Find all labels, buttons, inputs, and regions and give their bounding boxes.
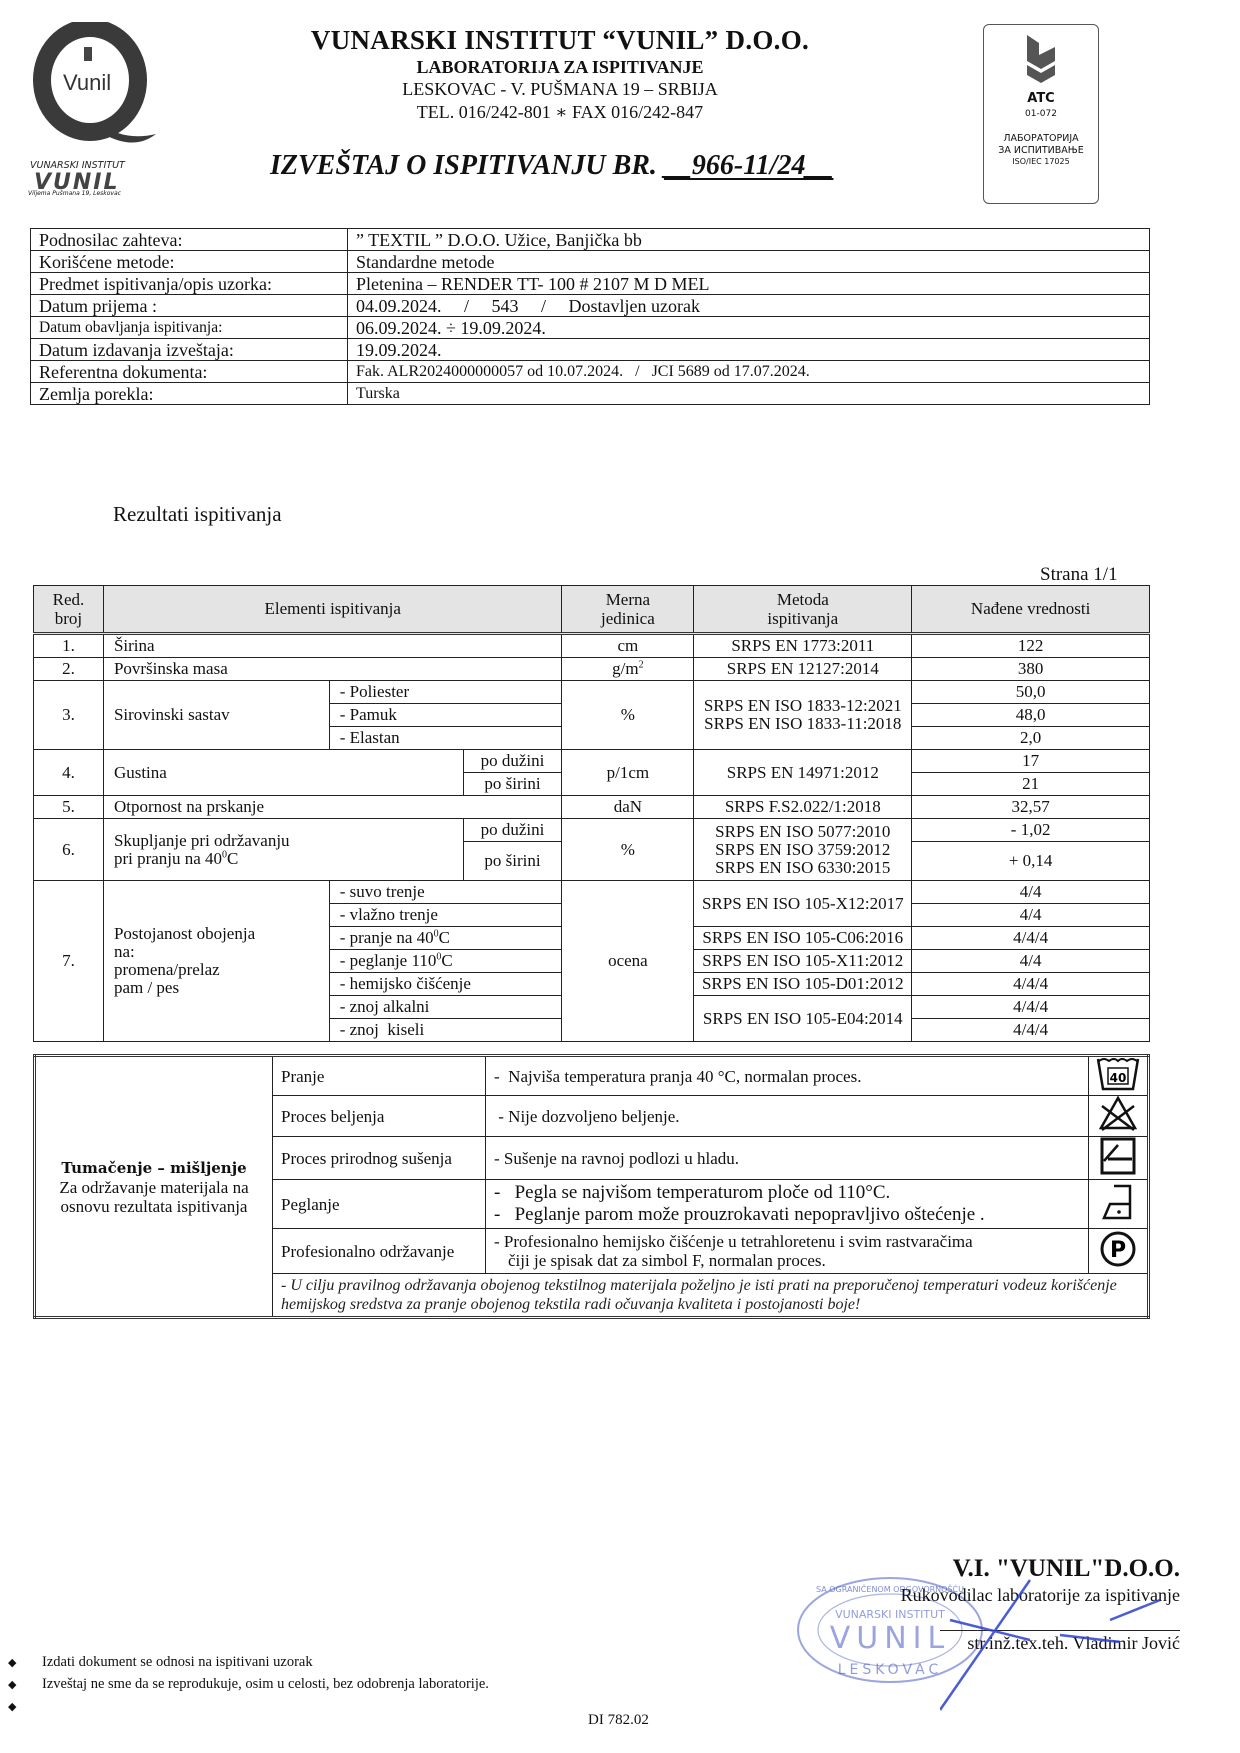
info-row: Podnosilac zahteva:” TEXTIL ” D.O.O. Uži… <box>31 229 1150 251</box>
handwritten-signature-icon <box>940 1560 1170 1720</box>
info-row: Korišćene metode:Standardne metode <box>31 251 1150 273</box>
atc-number: 01-072 <box>984 109 1098 119</box>
institute-name: VUNARSKI INSTITUT “VUNIL” D.O.O. <box>230 24 890 56</box>
accreditation-badge: ATC 01-072 ЛАБОРАТОРИЈА ЗА ИСПИТИВАЊЕ IS… <box>983 24 1099 204</box>
results-section-title: Rezultati ispitivanja <box>113 502 282 527</box>
info-row: Datum obavljanja ispitivanja:06.09.2024.… <box>31 317 1150 339</box>
col-header-no: Red. broj <box>34 586 104 634</box>
care-note: - U cilju pravilnog održavanja obojenog … <box>273 1274 1149 1318</box>
letterhead: VUNARSKI INSTITUT “VUNIL” D.O.O. LABORAT… <box>230 24 890 124</box>
info-row: Datum prijema :04.09.2024. / 543 / Dosta… <box>31 295 1150 317</box>
footer-note: ◆ <box>8 1696 489 1718</box>
atc-standard: ISO/IEC 17025 <box>984 157 1098 166</box>
report-title: IZVEŠTAJ O ISPITIVANJU BR. __966-11/24__ <box>270 150 833 182</box>
results-table: Red. broj Elementi ispitivanja Merna jed… <box>33 585 1150 1042</box>
iron-low-icon <box>1100 1182 1136 1222</box>
report-number: __966-11/24__ <box>664 150 834 181</box>
info-row: Zemlja porekla:Turska <box>31 383 1150 405</box>
info-row: Datum izdavanja izveštaja:19.09.2024. <box>31 339 1150 361</box>
address: LESKOVAC - V. PUŠMANA 19 – SRBIJA <box>230 78 890 100</box>
col-header-element: Elementi ispitivanja <box>103 586 562 634</box>
wash-40-icon: 40 <box>1096 1057 1140 1091</box>
svg-text:P: P <box>1110 1238 1126 1263</box>
info-row: Referentna dokumenta:Fak. ALR20240000000… <box>31 361 1150 383</box>
logo-address: Viljema Pušmana 19, Leskovac <box>28 190 121 197</box>
footer-note: ◆Izveštaj ne sme da se reprodukuje, osim… <box>8 1674 489 1696</box>
no-bleach-icon <box>1098 1096 1138 1132</box>
info-row: Predmet ispitivanja/opis uzorka:Pletenin… <box>31 273 1150 295</box>
vunil-q-logo-icon: Vunil VUNARSKI INSTITUT VUNIL <box>28 22 160 197</box>
interpretation-subtitle: Za održavanje materijala na osnovu rezul… <box>44 1178 264 1216</box>
atc-chevron-icon <box>1021 35 1061 83</box>
footer-notes: ◆Izdati dokument se odnosi na ispitivani… <box>8 1652 489 1718</box>
result-row: 3. Sirovinski sastav - Poliester % SRPS … <box>34 681 1150 704</box>
result-row: 7. Postojanost obojenja na: promena/prel… <box>34 881 1150 904</box>
atc-code: ATC <box>984 91 1098 106</box>
page-indicator: Strana 1/1 <box>1040 564 1118 586</box>
result-row: 5. Otpornost na prskanje daN SRPS F.S2.0… <box>34 796 1150 819</box>
col-header-unit: Merna jedinica <box>562 586 694 634</box>
svg-text:LESKOVAC: LESKOVAC <box>838 1662 943 1678</box>
bullet-diamond-icon: ◆ <box>8 1653 42 1674</box>
bullet-diamond-icon: ◆ <box>8 1675 42 1696</box>
result-row: 6. Skupljanje pri održavanju pri pranju … <box>34 819 1150 842</box>
results-header-row: Red. broj Elementi ispitivanja Merna jed… <box>34 586 1150 634</box>
result-row: 1. Širina cm SRPS EN 1773:2011 122 <box>34 634 1150 658</box>
bullet-diamond-icon: ◆ <box>8 1697 42 1718</box>
svg-text:40: 40 <box>1110 1071 1127 1085</box>
result-row: 4. Gustina po dužini p/1cm SRPS EN 14971… <box>34 750 1150 773</box>
care-row-washing: Tumačenje – mišljenje Za održavanje mate… <box>35 1056 1149 1096</box>
document-id: DI 782.02 <box>588 1712 649 1729</box>
col-header-value: Nađene vrednosti <box>912 586 1150 634</box>
vunil-logo: Vunil VUNARSKI INSTITUT VUNIL Viljema Pu… <box>28 22 160 197</box>
interpretation-title: Tumačenje – mišljenje <box>61 1159 246 1177</box>
phone-fax: TEL. 016/242-801 ∗ FAX 016/242-847 <box>230 100 890 124</box>
svg-text:Vunil: Vunil <box>63 70 111 95</box>
report-info-table: Podnosilac zahteva:” TEXTIL ” D.O.O. Uži… <box>30 228 1150 405</box>
atc-lab-line2: ЗА ИСПИТИВАЊЕ <box>984 145 1098 157</box>
col-header-method: Metoda ispitivanja <box>694 586 912 634</box>
lab-name: LABORATORIJA ZA ISPITIVANJE <box>230 56 890 78</box>
care-interpretation-table: Tumačenje – mišljenje Za održavanje mate… <box>33 1054 1150 1319</box>
result-row: 2. Površinska masa g/m2 SRPS EN 12127:20… <box>34 658 1150 681</box>
atc-lab-line1: ЛАБОРАТОРИЈА <box>984 133 1098 145</box>
dry-flat-shade-icon <box>1100 1137 1136 1175</box>
footer-note: ◆Izdati dokument se odnosi na ispitivani… <box>8 1652 489 1674</box>
dry-clean-p-icon: P <box>1099 1230 1137 1268</box>
